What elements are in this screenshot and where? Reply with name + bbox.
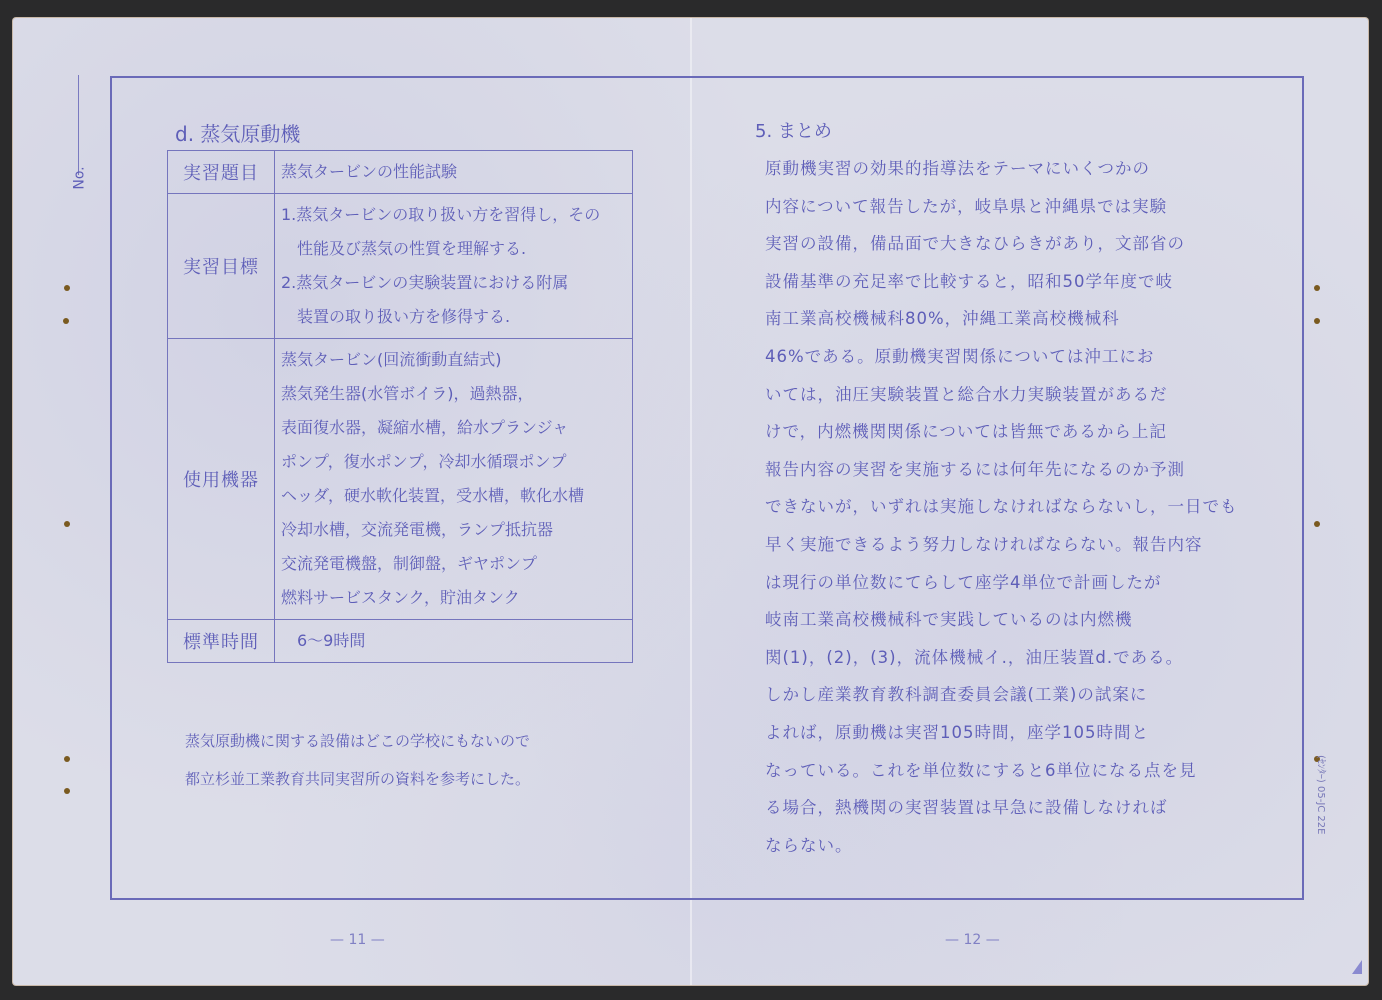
corner-ink-mark xyxy=(1352,960,1362,974)
table-row: 実習目標 1.蒸気タービンの取り扱い方を習得し，その 性能及び蒸気の性質を理解す… xyxy=(168,194,633,339)
binding-hole xyxy=(64,285,70,291)
binding-hole xyxy=(1314,521,1320,527)
row-value: 6〜9時間 xyxy=(275,620,633,663)
section-title-steam-engine: d. 蒸気原動機 xyxy=(175,118,300,147)
table-row: 実習題目 蒸気タービンの性能試験 xyxy=(168,151,633,194)
binding-margin-line xyxy=(78,75,79,175)
binding-hole xyxy=(1314,285,1320,291)
row-label: 使用機器 xyxy=(168,339,275,620)
practice-spec-table: 実習題目 蒸気タービンの性能試験 実習目標 1.蒸気タービンの取り扱い方を習得し… xyxy=(167,150,633,663)
page-number-right: — 12 — xyxy=(945,932,1000,948)
margin-stamp: (ｾﾝﾀｰ) 05-JC 22E xyxy=(1315,755,1330,834)
binding-hole xyxy=(64,788,70,794)
row-label: 実習題目 xyxy=(168,151,275,194)
table-row: 標準時間 6〜9時間 xyxy=(168,620,633,663)
row-value: 蒸気タービン(回流衝動直結式) 蒸気発生器(水管ボイラ)，過熱器， 表面復水器，… xyxy=(275,339,633,620)
page-number-left: — 11 — xyxy=(330,932,385,948)
margin-number-mark: No. xyxy=(72,166,88,189)
summary-body: 原動機実習の効果的指導法をテーマにいくつかの 内容について報告したが，岐阜県と沖… xyxy=(765,150,1235,864)
binding-hole xyxy=(63,318,69,324)
row-value: 1.蒸気タービンの取り扱い方を習得し，その 性能及び蒸気の性質を理解する. 2.… xyxy=(275,194,633,339)
binding-hole xyxy=(64,521,70,527)
table-row: 使用機器 蒸気タービン(回流衝動直結式) 蒸気発生器(水管ボイラ)，過熱器， 表… xyxy=(168,339,633,620)
binding-hole xyxy=(1314,318,1320,324)
binding-hole xyxy=(64,756,70,762)
row-label: 実習目標 xyxy=(168,194,275,339)
row-label: 標準時間 xyxy=(168,620,275,663)
section-title-summary: 5. まとめ xyxy=(755,117,832,143)
reference-note: 蒸気原動機に関する設備はどこの学校にもないので 都立杉並工業教育共同実習所の資料… xyxy=(185,722,635,798)
row-value: 蒸気タービンの性能試験 xyxy=(275,151,633,194)
